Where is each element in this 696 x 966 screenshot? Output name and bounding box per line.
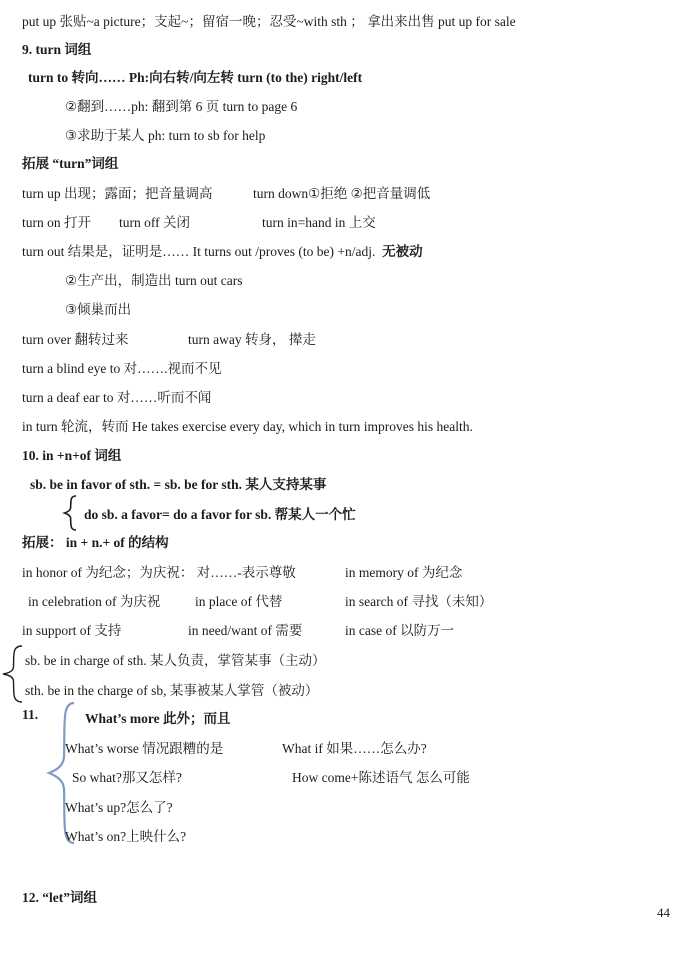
page-number: 44 <box>657 905 670 921</box>
in-celebration-text: in celebration of 为庆祝 <box>28 590 160 610</box>
whats-on-text: What’s on?上映什么? <box>65 825 186 845</box>
turn-down-text: turn down①拒绝 ②把音量调低 <box>253 182 430 202</box>
in-turn-text: in turn 轮流，转而 He takes exercise every da… <box>22 415 473 435</box>
so-what-text: So what?那又怎样? <box>72 766 182 786</box>
do-favor-text: do sb. a favor= do a favor for sb. 帮某人一个… <box>84 503 356 523</box>
turn-up-text: turn up 出现；露面；把音量调高 <box>22 182 213 202</box>
turn-away-text: turn away 转身， 撵走 <box>188 328 316 348</box>
turn-on-text: turn on 打开 <box>22 211 91 231</box>
what-if-text: What if 如果……怎么办? <box>282 737 427 757</box>
in-memory-text: in memory of 为纪念 <box>345 561 462 581</box>
blind-eye-text: turn a blind eye to 对…….视而不见 <box>22 357 221 377</box>
turn-over-text: turn over 翻转过来 <box>22 328 128 348</box>
in-charge-passive-text: sth. be in the charge of sb, 某事被某人掌管（被动） <box>25 679 318 699</box>
how-come-text: How come+陈述语气 怎么可能 <box>292 766 470 786</box>
heading-11-num-text: 11. <box>22 707 38 723</box>
heading-10-text: 10. in +n+of 词组 <box>22 444 121 464</box>
whats-up-text: What’s up?怎么了? <box>65 796 173 816</box>
in-search-text: in search of 寻找（未知） <box>345 590 492 610</box>
left-margin-brace-icon <box>0 645 26 703</box>
in-support-text: in support of 支持 <box>22 619 121 639</box>
heading-9-text: 9. turn 词组 <box>22 38 91 58</box>
turn-out-3-text: ③倾巢而出 <box>65 298 131 318</box>
in-charge-active-text: sb. be in charge of sth. 某人负责，掌管某事（主动） <box>25 649 325 669</box>
turn-out-text: turn out 结果是，证明是…… It turns out /proves … <box>22 240 423 260</box>
tuozhan-turn-text: 拓展 “turn”词组 <box>22 152 118 172</box>
in-favor-text: sb. be in favor of sth. = sb. be for sth… <box>30 473 326 493</box>
turn-out-no-passive: 无被动 <box>382 244 423 259</box>
deaf-ear-text: turn a deaf ear to 对……听而不闻 <box>22 386 211 406</box>
document-page: put up 张贴~a picture；支起~；留宿一晚；忍受~with sth… <box>0 0 696 966</box>
in-honor-text: in honor of 为纪念；为庆祝： 对……-表示尊敬 <box>22 561 296 581</box>
turn-page-text: ②翻到……ph: 翻到第 6 页 turn to page 6 <box>65 95 297 115</box>
put-up-text: put up 张贴~a picture；支起~；留宿一晚；忍受~with sth… <box>22 10 516 30</box>
whats-worse-text: What’s worse 情况跟糟的是 <box>65 737 223 757</box>
in-need-text: in need/want of 需要 <box>188 619 302 639</box>
turn-in-text: turn in=hand in 上交 <box>262 211 376 231</box>
turn-to-text: turn to 转向…… Ph:向右转/向左转 turn (to the) ri… <box>28 66 362 86</box>
tuozhan-in-n-of-text: 拓展： in + n.+ of 的结构 <box>22 531 169 551</box>
in-case-text: in case of 以防万一 <box>345 619 454 639</box>
turn-off-text: turn off 关闭 <box>119 211 190 231</box>
heading-12-text: 12. “let”词组 <box>22 886 97 906</box>
turn-help-text: ③求助于某人 ph: turn to sb for help <box>65 124 265 144</box>
turn-out-2-text: ②生产出，制造出 turn out cars <box>65 269 242 289</box>
turn-out-main: turn out 结果是，证明是…… It turns out /proves … <box>22 244 375 259</box>
left-brace-icon <box>62 495 80 531</box>
in-place-text: in place of 代替 <box>195 590 282 610</box>
whats-more-text: What’s more 此外；而且 <box>85 707 231 727</box>
